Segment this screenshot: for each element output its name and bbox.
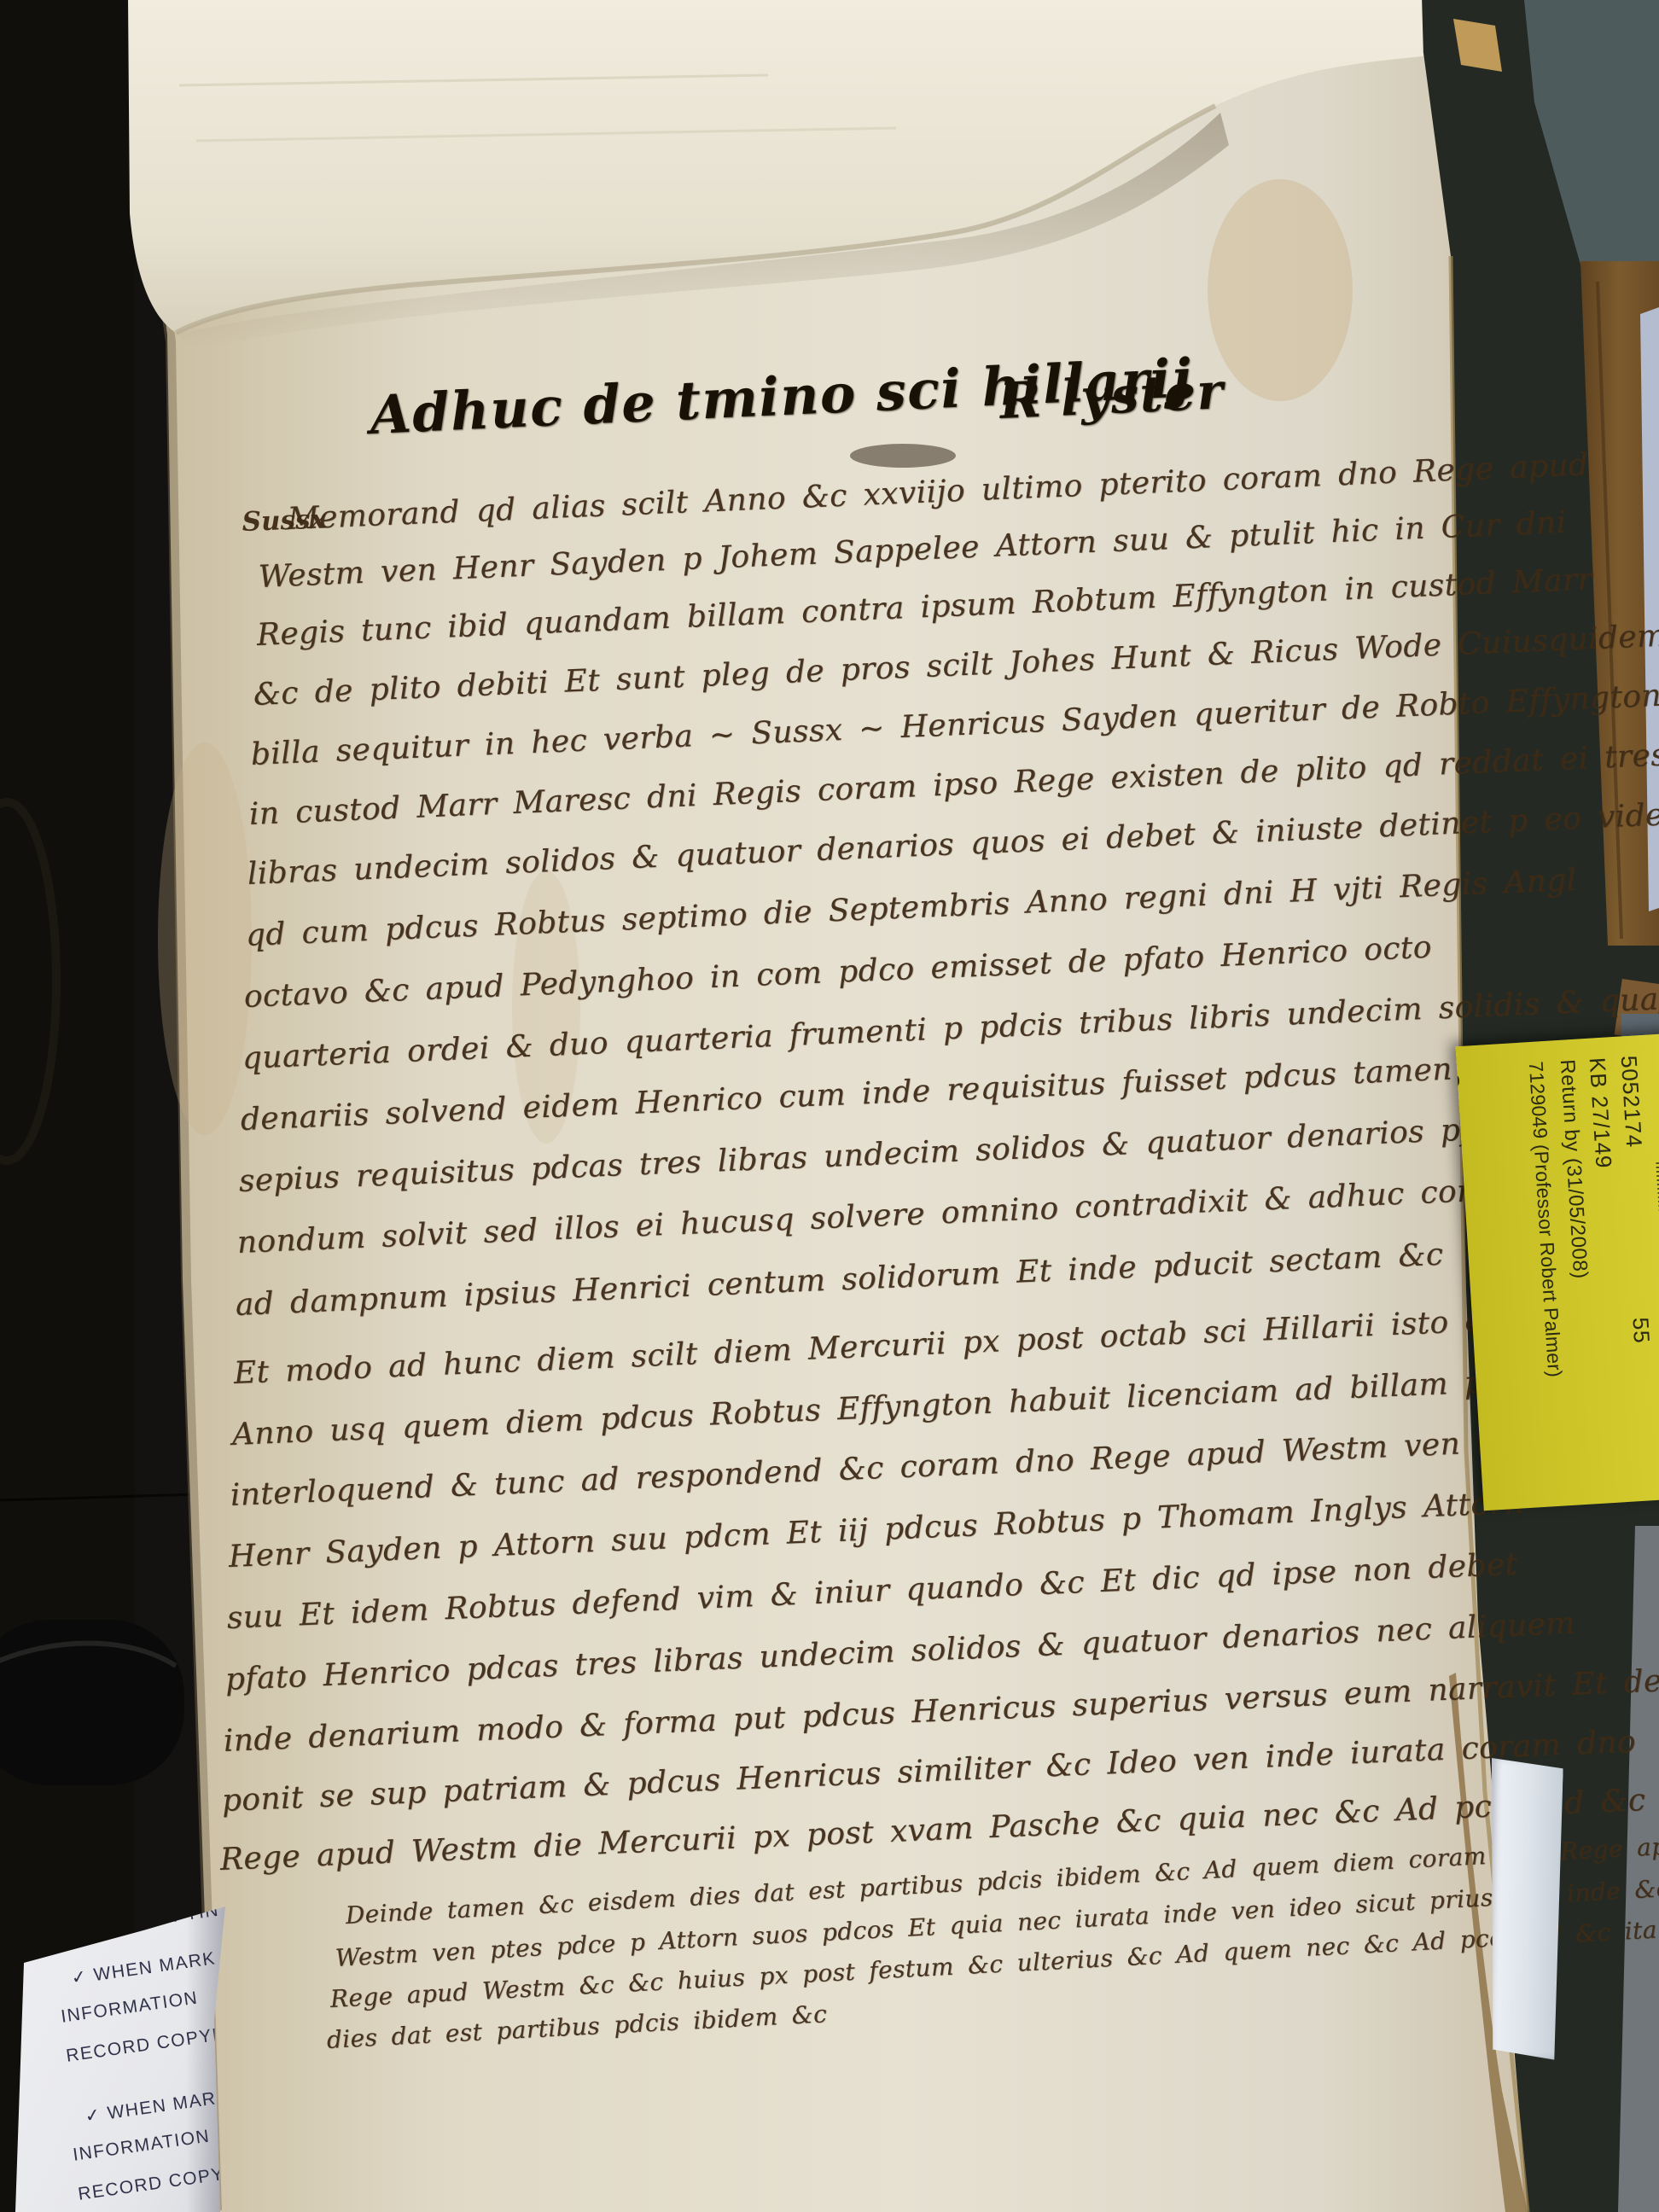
notice-paper-line: INFORMATION: [60, 1988, 200, 2027]
notice-paper-line: ✓ WHEN MAR: [84, 2087, 218, 2127]
manuscript-text: Adhuc de tmino sci hillarij R lyster Sus…: [0, 0, 1659, 2212]
ticket-order-number: 5052174: [1615, 1055, 1648, 1149]
notice-paper-line: RECORD COPY: [77, 2164, 226, 2205]
notice-paper-line: RECORD COPYIN: [65, 2023, 234, 2067]
archive-photo: Adhuc de tmino sci hillarij R lyster Sus…: [0, 0, 1659, 2212]
ticket-microprint: [1656, 1162, 1659, 1236]
notice-paper-line: ✓ WHEN MARK: [70, 1947, 217, 1989]
notice-paper-line: INFORMATION: [72, 2126, 212, 2165]
bookmark-tab: [1486, 1758, 1563, 2060]
archive-ticket: 5052174 55 KB 27/149 Return by (31/05/20…: [1456, 1031, 1659, 1511]
roll-heading-clerk: R lyster: [998, 362, 1225, 430]
ticket-seat-number: 55: [1627, 1317, 1655, 1345]
ticket-document-reference: KB 27/149: [1584, 1057, 1617, 1169]
